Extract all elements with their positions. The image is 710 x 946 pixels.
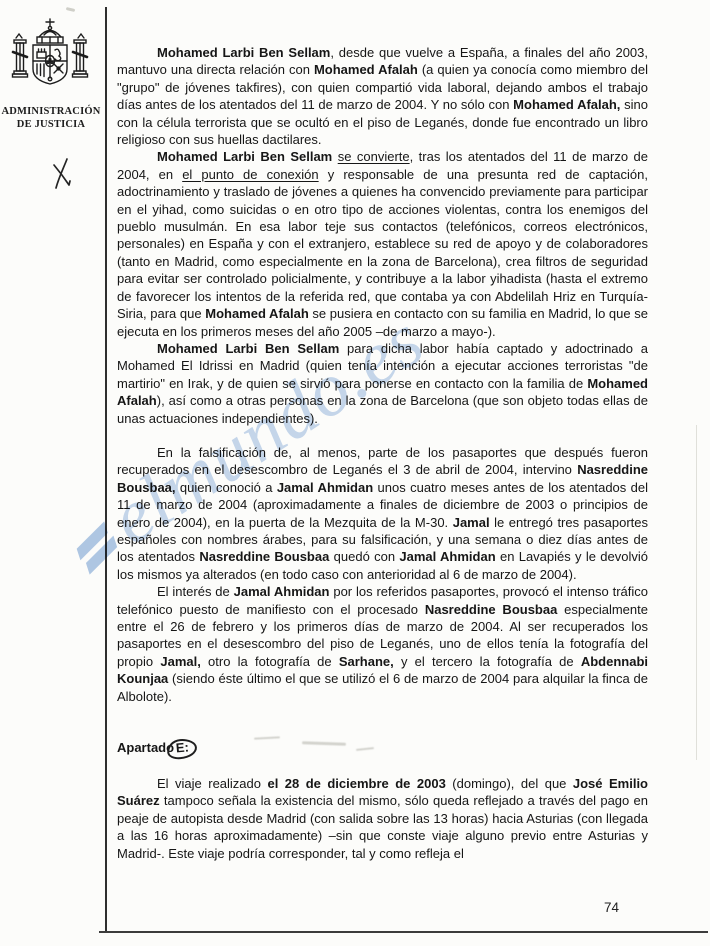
- handwritten-initial-mark: [50, 156, 76, 192]
- section-heading: ApartadoE:: [117, 739, 648, 759]
- org-line-1: ADMINISTRACIÓN: [0, 106, 106, 119]
- scanned-court-document-page: ADMINISTRACIÓN DE JUSTICIA Mohamed Larbi…: [0, 0, 710, 946]
- page-number: 74: [604, 900, 619, 915]
- document-paragraph: Mohamed Larbi Ben Sellam, desde que vuel…: [117, 44, 648, 148]
- document-paragraph: El viaje realizado el 28 de diciembre de…: [117, 775, 648, 862]
- left-margin-rule: [105, 7, 107, 932]
- official-margin-column: ADMINISTRACIÓN DE JUSTICIA: [0, 0, 104, 946]
- org-line-2: DE JUSTICIA: [0, 119, 106, 132]
- document-paragraph: Mohamed Larbi Ben Sellam para dicha labo…: [117, 340, 648, 427]
- document-body: Mohamed Larbi Ben Sellam, desde que vuel…: [117, 44, 648, 862]
- spanish-coat-of-arms-icon: [6, 16, 94, 104]
- document-paragraph: El interés de Jamal Ahmidan por los refe…: [117, 583, 648, 705]
- administration-of-justice-label: ADMINISTRACIÓN DE JUSTICIA: [0, 106, 106, 131]
- scan-edge-artifact: [696, 425, 697, 760]
- document-paragraph: En la falsificación de, al menos, parte …: [117, 444, 648, 583]
- document-paragraph: Mohamed Larbi Ben Sellam se convierte, t…: [117, 148, 648, 339]
- bottom-rule: [99, 931, 708, 933]
